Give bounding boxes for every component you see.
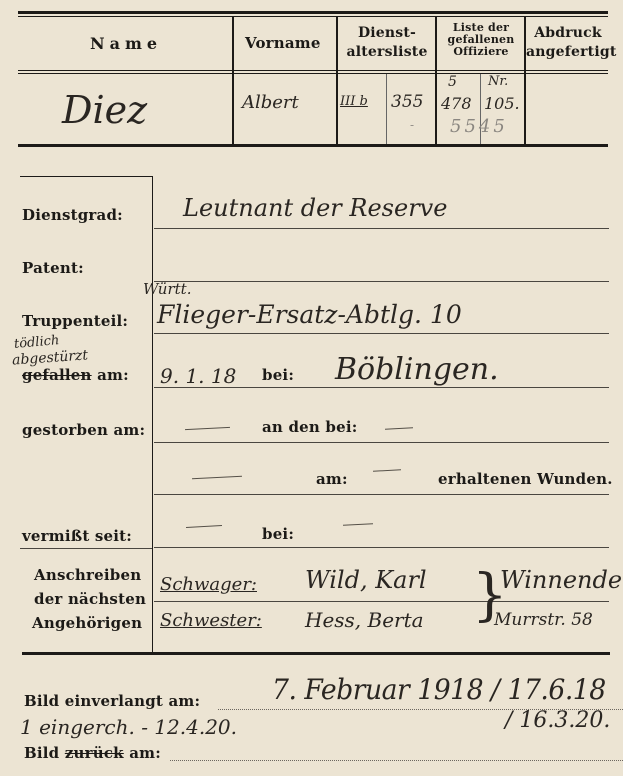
record-liste-nr-label: Nr. xyxy=(488,74,508,89)
patent-label: Patent: xyxy=(22,259,84,277)
record-liste-page: 478 xyxy=(441,94,472,113)
header-vorname: Vorname xyxy=(245,34,321,52)
bild-einverlangt-value-2: / 16.3.20. xyxy=(505,708,610,733)
bild-eingereicht-note: 1 eingerch. - 12.4.20. xyxy=(20,715,237,739)
dienstgrad-label: Dienstgrad: xyxy=(22,206,123,224)
gestorben-line xyxy=(154,442,609,443)
form-box-divider xyxy=(152,176,153,654)
an-den-bei-dash xyxy=(385,427,413,429)
form-box-top xyxy=(20,176,153,177)
truppenteil-line xyxy=(154,333,609,334)
gefallen-am: am: xyxy=(97,366,129,384)
angehoerige-name-2: Hess, Berta xyxy=(305,608,424,632)
header-abdruck: Abdruck angefertigt xyxy=(526,24,610,62)
dienstgrad-line xyxy=(154,228,609,229)
record-dienstalter-sub: - xyxy=(410,118,414,132)
record-liste-nr: 105. xyxy=(484,94,520,113)
vermisst-bei-dash xyxy=(343,523,373,526)
bild-zurueck-am: am: xyxy=(129,744,161,762)
record-dienstalter-class: III b xyxy=(340,94,368,109)
vermisst-line xyxy=(154,547,609,548)
bild-zurueck-label-1: Bild xyxy=(24,744,59,762)
record-liste-page-mark: 5 xyxy=(448,74,457,90)
angehoerige-line-1 xyxy=(154,601,609,602)
am-label: am: xyxy=(316,470,348,488)
angehoerige-place-2: Murrstr. 58 xyxy=(494,610,593,630)
top-border-thin xyxy=(18,16,608,17)
angehoerige-label-1: Anschreiben xyxy=(34,566,141,584)
col-divider-liste xyxy=(524,17,526,144)
bild-zurueck-struck: zurück xyxy=(65,744,124,762)
wunden-dash-1 xyxy=(192,476,242,480)
angehoerige-name-1: Wild, Karl xyxy=(305,566,427,594)
truppenteil-prefix: Württ. xyxy=(143,280,191,298)
vermisst-left-line xyxy=(20,548,152,549)
header-bottom-line-1 xyxy=(18,70,608,71)
form-bottom-border xyxy=(22,652,610,655)
gefallen-label: gefallen am: xyxy=(22,366,129,384)
vermisst-dash xyxy=(186,525,222,528)
angehoerige-label-2: der nächsten xyxy=(34,590,146,608)
gefallen-place: Böblingen. xyxy=(335,352,499,387)
record-dienstalter-no: 355 xyxy=(391,92,423,112)
record-vorname: Albert xyxy=(242,92,299,113)
gefallen-struck: gefallen xyxy=(22,366,92,384)
col-divider-vorname xyxy=(336,17,338,144)
vermisst-bei-label: bei: xyxy=(262,525,294,543)
wunden-dash-2 xyxy=(373,469,401,471)
gefallen-line xyxy=(154,387,609,388)
top-table-bottom-border xyxy=(18,144,608,147)
wunden-label: erhaltenen Wunden. xyxy=(438,470,613,488)
bild-einverlangt-label: Bild einverlangt am: xyxy=(24,692,200,710)
angehoerige-label-3: Angehörigen xyxy=(32,614,142,632)
bild-zurueck-label: Bild zurück am: xyxy=(24,744,161,762)
angehoerige-rel-2: Schwester: xyxy=(160,610,262,631)
gestorben-label: gestorben am: xyxy=(22,421,145,439)
bild-einverlangt-value: 7. Februar 1918 / 17.6.18 xyxy=(272,673,606,706)
col-subdivider-dienst xyxy=(386,74,387,144)
col-divider-dienst xyxy=(435,17,437,144)
record-liste-pencil: 5545 xyxy=(450,116,508,137)
top-border xyxy=(18,11,608,14)
record-name: Diez xyxy=(62,88,147,132)
header-name: Name xyxy=(90,34,162,53)
header-dienstaltersliste: Dienst- altersliste xyxy=(338,24,436,62)
gestorben-dash xyxy=(185,427,230,430)
wunden-line xyxy=(154,494,609,495)
patent-line xyxy=(154,281,609,282)
an-den-bei-label: an den bei: xyxy=(262,418,357,436)
angehoerige-rel-1: Schwager: xyxy=(160,574,257,595)
dienstgrad-value: Leutnant der Reserve xyxy=(183,194,447,222)
angehoerige-place-1: Winnenden xyxy=(500,566,623,594)
header-bottom-line-2 xyxy=(18,73,608,74)
header-liste-gefallenen: Liste der gefallenen Offiziere xyxy=(437,22,525,58)
gefallen-bei-label: bei: xyxy=(262,366,294,384)
col-divider-name xyxy=(232,17,234,144)
gefallen-date: 9. 1. 18 xyxy=(160,364,236,388)
bild-zurueck-dots xyxy=(170,760,623,761)
truppenteil-value: Flieger-Ersatz-Abtlg. 10 xyxy=(157,300,462,329)
vermisst-label: vermißt seit: xyxy=(22,527,132,545)
truppenteil-label: Truppenteil: xyxy=(22,312,128,330)
